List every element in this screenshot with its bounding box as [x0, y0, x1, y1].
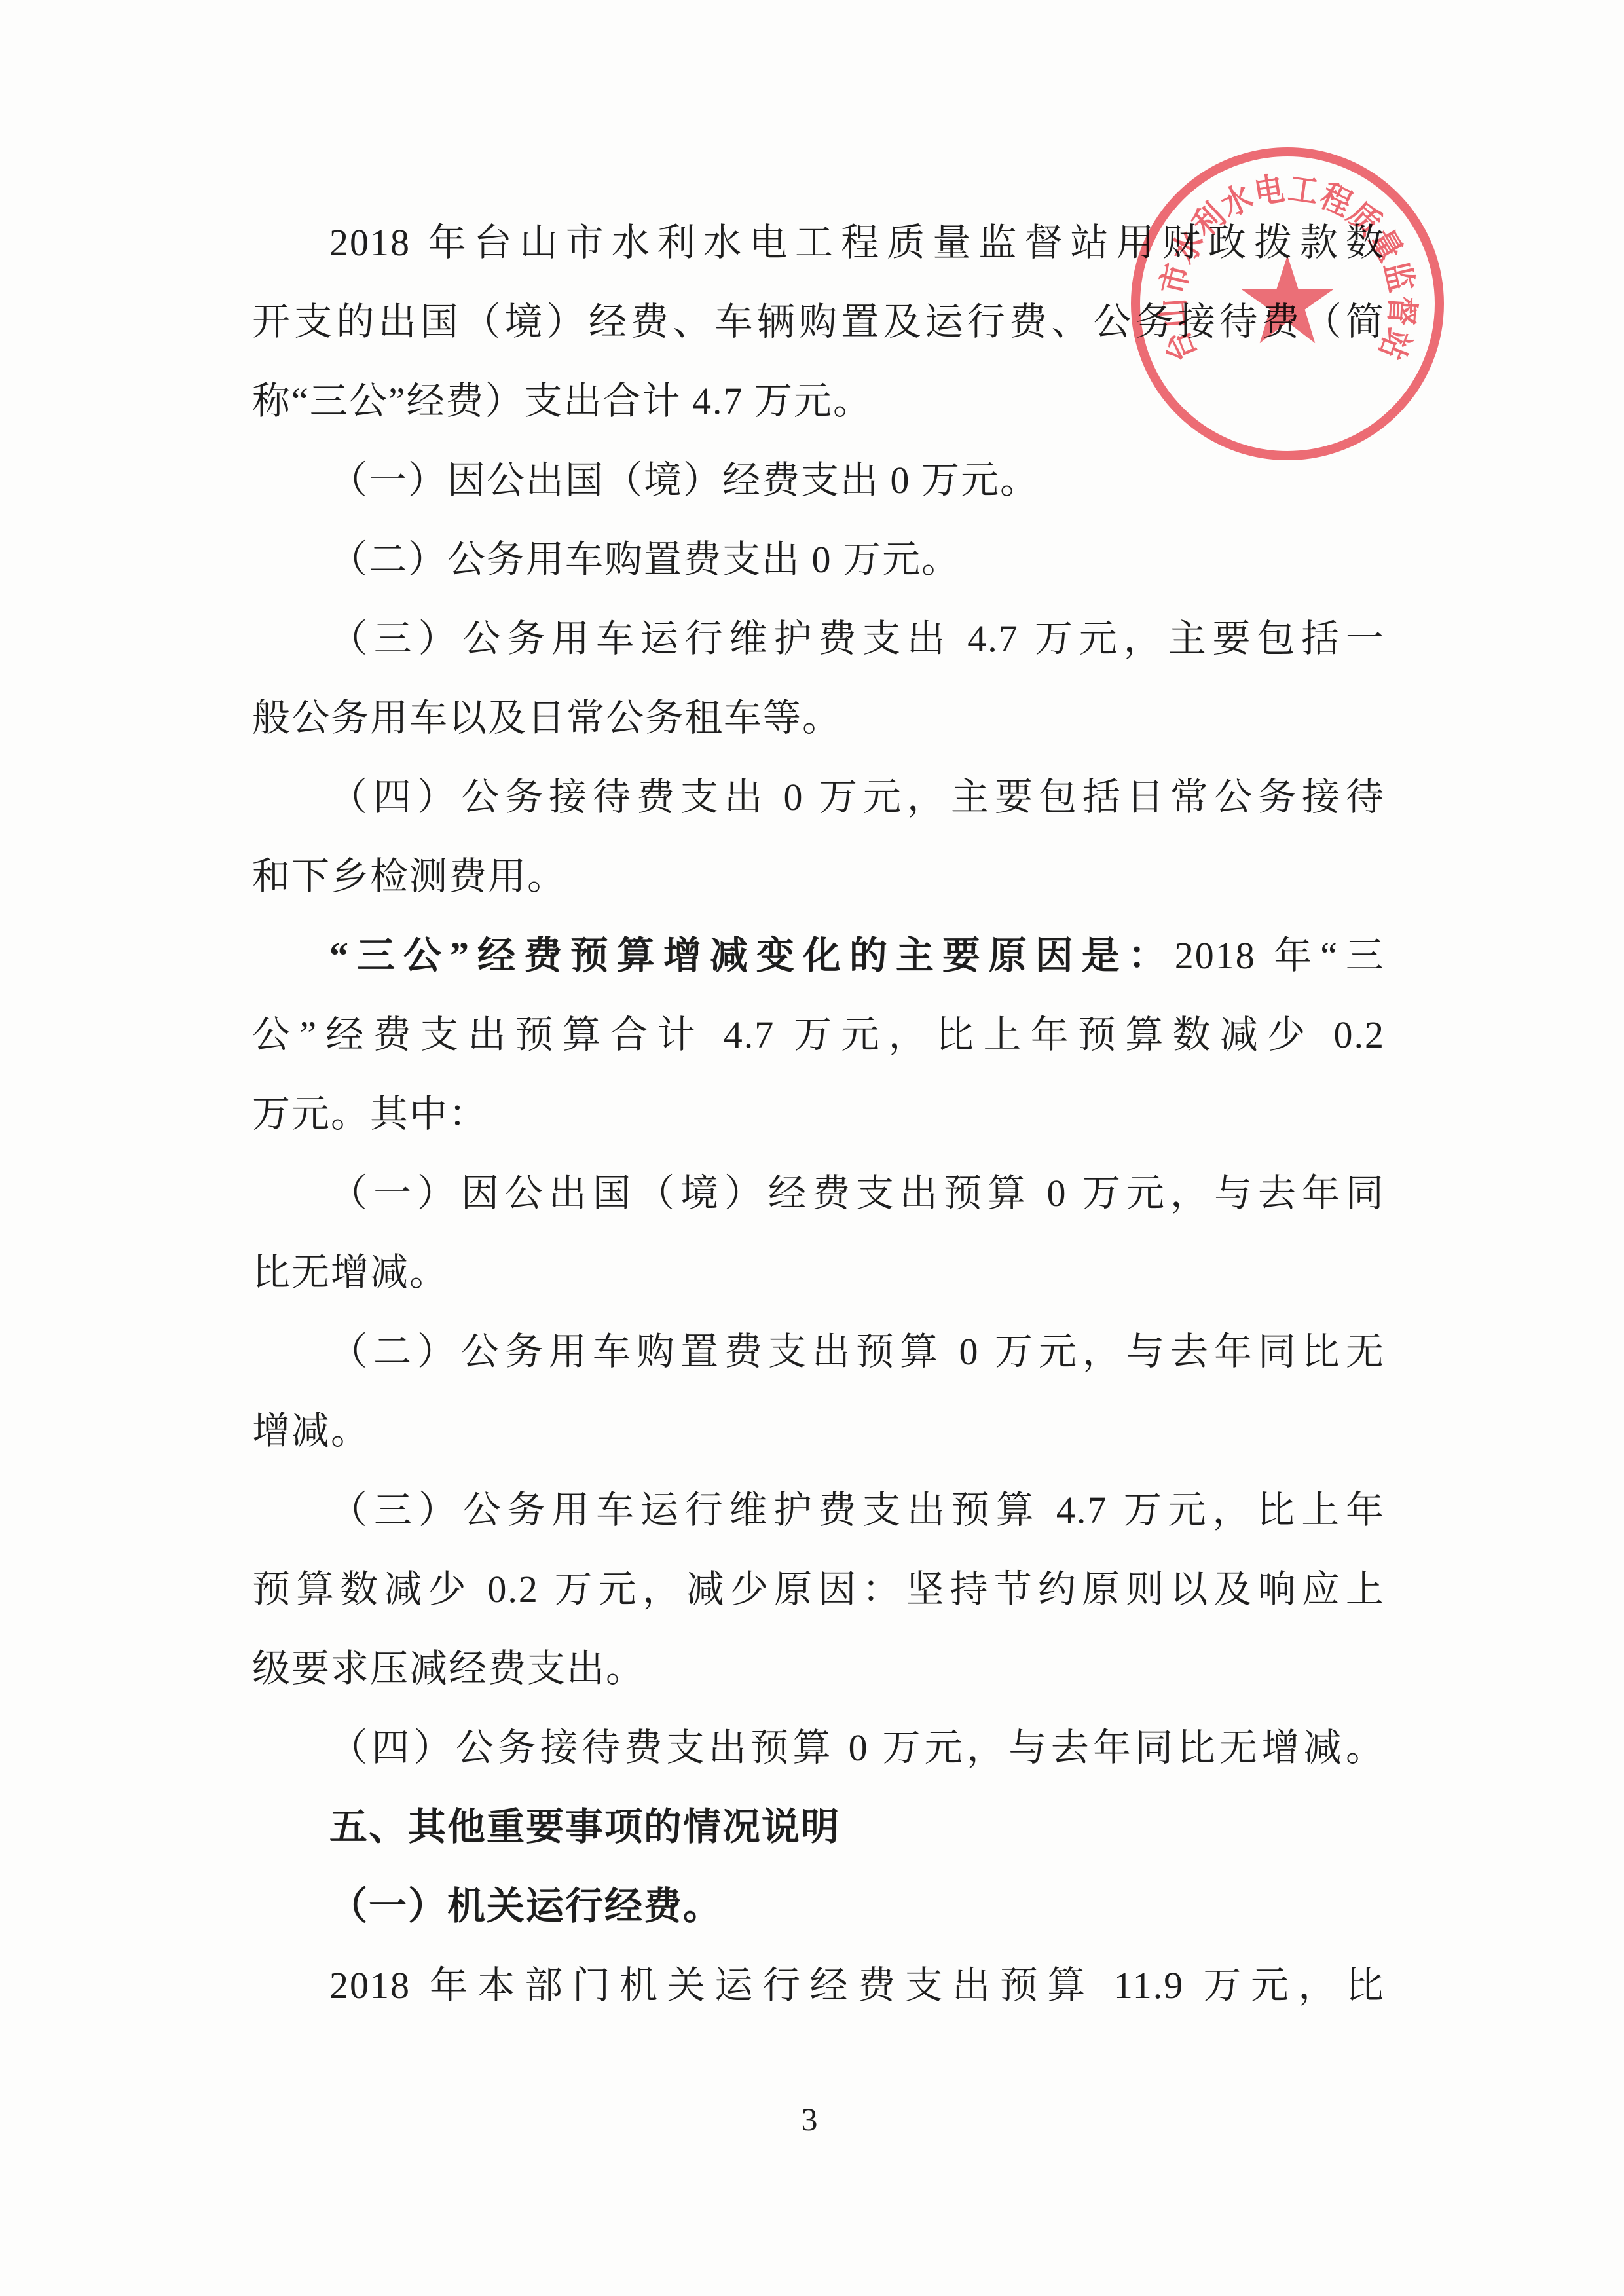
text-segment: （二）公务用车购置费支出预算 0 万元，与去年同比无: [329, 1330, 1385, 1373]
text-segment-bold: “三公”经费预算增减变化的主要原因是：: [329, 934, 1175, 977]
text-line: （二）公务用车购置费支出预算 0 万元，与去年同比无: [252, 1312, 1385, 1391]
text-segment: 2018 年本部门机关运行经费支出预算 11.9 万元，比: [329, 1964, 1385, 2007]
text-segment: 开支的出国（境）经费、车辆购置及运行费、公务接待费（简: [252, 301, 1385, 343]
text-line: 万元。其中：: [252, 1074, 1385, 1154]
text-segment: 和下乡检测费用。: [252, 855, 566, 898]
page-number: 3: [757, 2100, 862, 2138]
text-line: 级要求压减经费支出。: [252, 1629, 1385, 1708]
text-segment: （四）公务接待费支出预算 0 万元，与去年同比无增减。: [329, 1726, 1385, 1769]
text-segment: （一）因公出国（境）经费支出预算 0 万元，与去年同: [329, 1172, 1385, 1214]
text-line: 2018 年台山市水利水电工程质量监督站用财政拨款数: [252, 203, 1385, 282]
text-line: （三）公务用车运行维护费支出预算 4.7 万元，比上年: [252, 1470, 1385, 1550]
text-line: 比无增减。: [252, 1233, 1385, 1312]
text-segment: 比无增减。: [252, 1251, 449, 1294]
text-line: （一）机关运行经费。: [252, 1867, 1385, 1946]
text-segment: 增减。: [252, 1410, 370, 1452]
text-segment: 2018 年台山市水利水电工程质量监督站用财政拨款数: [329, 221, 1385, 264]
text-line: （四）公务接待费支出 0 万元，主要包括日常公务接待: [252, 757, 1385, 837]
text-line: 公”经费支出预算合计 4.7 万元，比上年预算数减少 0.2: [252, 995, 1385, 1074]
text-segment: 级要求压减经费支出。: [252, 1647, 645, 1690]
text-line: （四）公务接待费支出预算 0 万元，与去年同比无增减。: [252, 1708, 1385, 1787]
text-segment-bold: （一）机关运行经费。: [329, 1885, 722, 1927]
text-segment: 预算数减少 0.2 万元，减少原因：坚持节约原则以及响应上: [252, 1568, 1385, 1611]
text-line: 般公务用车以及日常公务租车等。: [252, 678, 1385, 757]
text-segment-bold: 五、其他重要事项的情况说明: [329, 1806, 840, 1848]
text-segment: （三）公务用车运行维护费支出预算 4.7 万元，比上年: [329, 1489, 1385, 1531]
text-line: 2018 年本部门机关运行经费支出预算 11.9 万元，比: [252, 1946, 1385, 2025]
text-line: （一）因公出国（境）经费支出预算 0 万元，与去年同: [252, 1154, 1385, 1233]
text-segment: （二）公务用车购置费支出 0 万元。: [329, 538, 961, 581]
document-body: 2018 年台山市水利水电工程质量监督站用财政拨款数开支的出国（境）经费、车辆购…: [252, 203, 1385, 2025]
text-segment: 般公务用车以及日常公务租车等。: [252, 697, 841, 739]
text-segment: 2018 年“三: [1175, 934, 1385, 977]
text-segment: 称“三公”经费）支出合计 4.7 万元。: [252, 380, 872, 422]
text-segment: 万元。其中：: [252, 1093, 488, 1135]
text-segment: （四）公务接待费支出 0 万元，主要包括日常公务接待: [329, 776, 1385, 818]
text-line: 开支的出国（境）经费、车辆购置及运行费、公务接待费（简: [252, 282, 1385, 361]
text-line: （二）公务用车购置费支出 0 万元。: [252, 520, 1385, 599]
scanned-document-page: 2018 年台山市水利水电工程质量监督站用财政拨款数开支的出国（境）经费、车辆购…: [0, 0, 1624, 2296]
text-line: 增减。: [252, 1391, 1385, 1470]
text-line: （三）公务用车运行维护费支出 4.7 万元，主要包括一: [252, 599, 1385, 678]
text-line: 预算数减少 0.2 万元，减少原因：坚持节约原则以及响应上: [252, 1550, 1385, 1629]
text-line: “三公”经费预算增减变化的主要原因是：2018 年“三: [252, 916, 1385, 995]
text-segment: （三）公务用车运行维护费支出 4.7 万元，主要包括一: [329, 617, 1385, 660]
text-line: 五、其他重要事项的情况说明: [252, 1787, 1385, 1867]
text-segment: 公”经费支出预算合计 4.7 万元，比上年预算数减少 0.2: [252, 1013, 1385, 1056]
text-segment: （一）因公出国（境）经费支出 0 万元。: [329, 459, 1039, 501]
text-line: （一）因公出国（境）经费支出 0 万元。: [252, 441, 1385, 520]
text-line: 称“三公”经费）支出合计 4.7 万元。: [252, 361, 1385, 441]
text-line: 和下乡检测费用。: [252, 837, 1385, 916]
